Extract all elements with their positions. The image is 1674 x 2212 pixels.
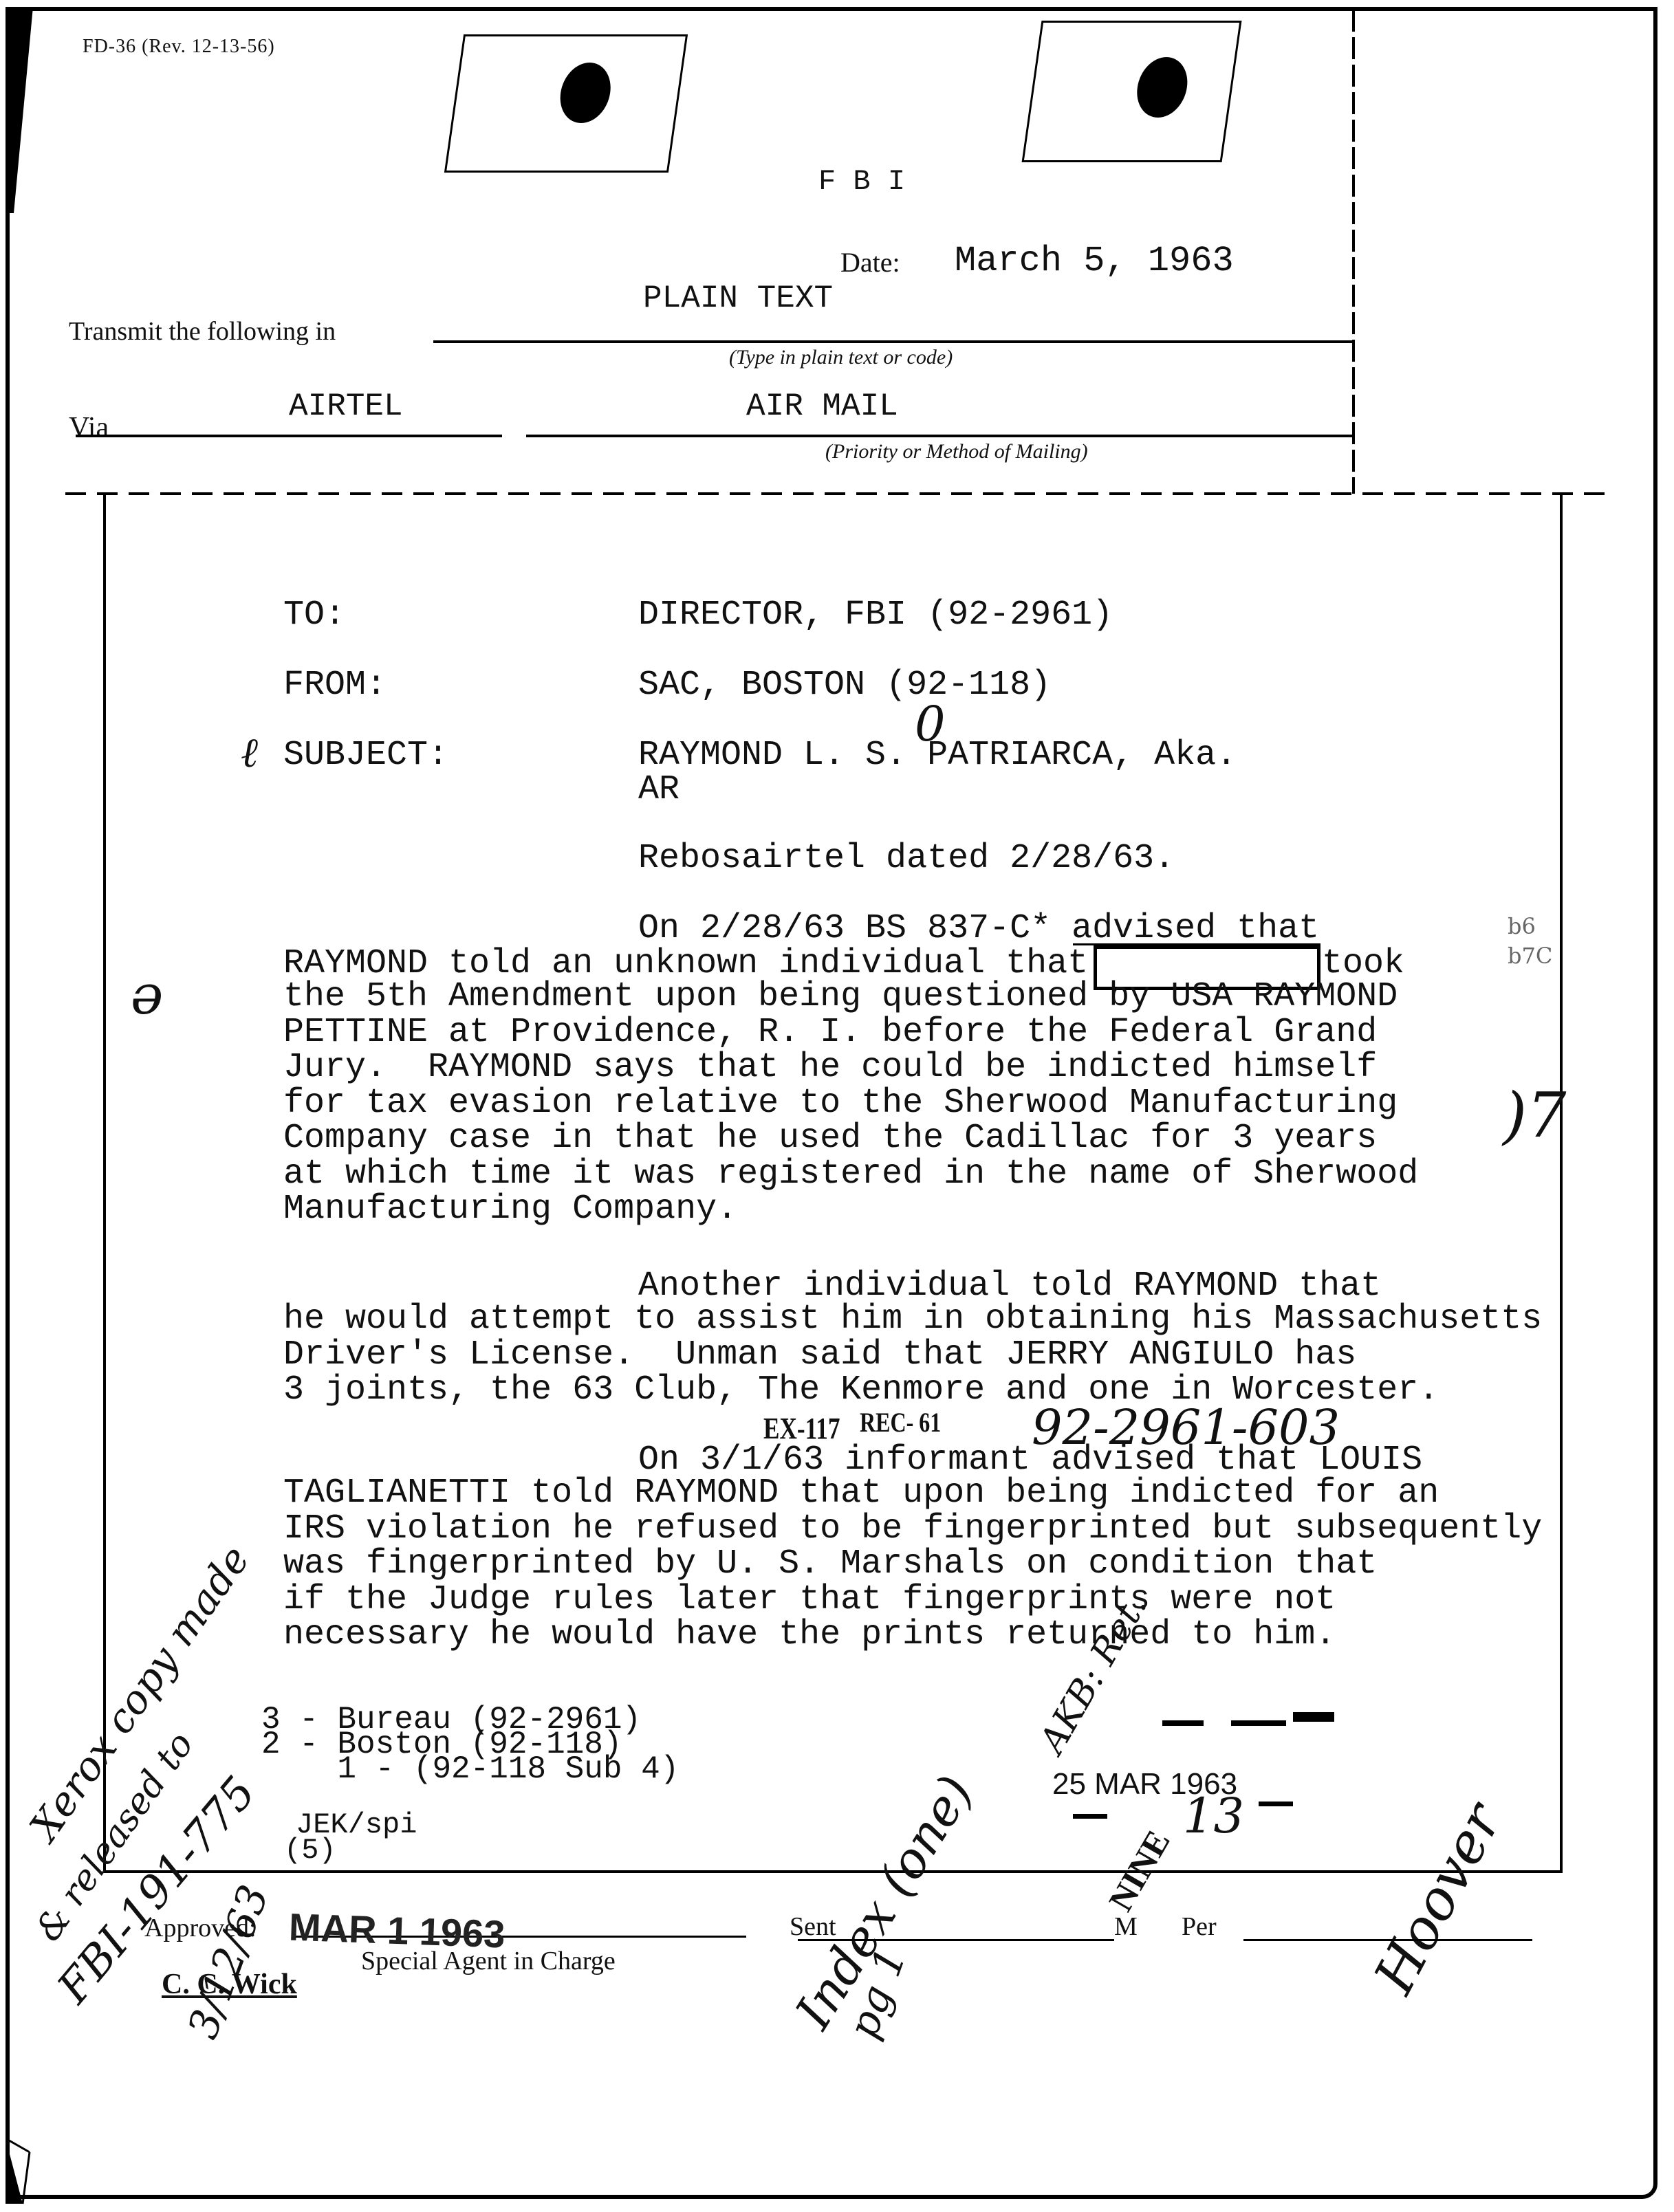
copy-count: (5) (284, 1834, 336, 1867)
priority-field-line (526, 435, 1355, 437)
distribution-line: 1 - (92-118 Sub 4) (261, 1757, 679, 1782)
priority-hint: (Priority or Method of Mailing) (825, 440, 1088, 463)
stamp-rule (1293, 1712, 1334, 1722)
para2-body: he would attempt to assist him in obtain… (283, 1302, 1542, 1408)
transmit-value: PLAIN TEXT (643, 281, 833, 316)
distribution-list: 3 - Bureau (92-2961)2 - Boston (92-118) … (261, 1683, 679, 1782)
exemption-b7c: b7C (1508, 941, 1552, 971)
per-field-line (1243, 1939, 1532, 1941)
exemption-b6: b6 (1508, 911, 1536, 941)
m-label: M (1114, 1912, 1138, 1942)
via-label: Via (69, 411, 109, 444)
transmit-hint: (Type in plain text or code) (729, 346, 953, 369)
para3-body: TAGLIANETTI told RAYMOND that upon being… (283, 1476, 1542, 1653)
box-left-border (103, 494, 106, 1873)
corner-fold-icon (6, 2138, 61, 2207)
sac-label: Special Agent in Charge (361, 1946, 616, 1976)
stamp-rec-61: REC- 61 (860, 1406, 941, 1438)
via-field-line (76, 435, 502, 437)
reference-line: Rebosairtel dated 2/28/63. (638, 839, 1175, 878)
per-label: Per (1182, 1912, 1217, 1942)
box-right-border (1560, 494, 1563, 1873)
form-number: FD-36 (Rev. 12-13-56) (83, 36, 275, 58)
date-label: Date: (840, 246, 900, 278)
sent-field-line (798, 1939, 1114, 1941)
from-value: SAC, BOSTON (92-118) (638, 666, 1051, 705)
to-value: DIRECTOR, FBI (92-2961) (638, 595, 1113, 635)
hole-icon (1133, 57, 1191, 118)
tear-line (65, 492, 1609, 495)
handwritten-margin-mark: ℓ (241, 729, 258, 777)
punch-hole-right (1022, 21, 1242, 162)
sent-label: Sent (790, 1912, 836, 1942)
subject-value: RAYMOND L. S. PATRIARCA, Aka. (638, 736, 1237, 775)
stamp-rule (1259, 1802, 1293, 1806)
stamp-rule (1073, 1814, 1107, 1819)
serial-number-13: 13 (1183, 1788, 1244, 1844)
transmit-label: Transmit the following in (69, 316, 336, 347)
header-dashed-divider (1352, 10, 1355, 494)
para1-first-line: On 2/28/63 BS 837-C* advised that (638, 909, 1319, 948)
to-label: TO: (283, 595, 345, 635)
handwritten-signature-wick: C. C. Wick (162, 1968, 297, 2001)
para1-body: the 5th Amendment upon being questioned … (283, 979, 1418, 1227)
via-value: AIRTEL (289, 388, 403, 424)
priority-value: AIR MAIL (746, 388, 898, 424)
agency-title: F B I (818, 165, 905, 198)
date-value: March 5, 1963 (955, 241, 1234, 281)
box-bottom-border (103, 1870, 1563, 1873)
subject-label: SUBJECT: (283, 736, 448, 775)
punch-hole-left (444, 34, 688, 173)
subject-value-2: AR (638, 770, 680, 809)
handwritten-margin-mark: ә (131, 963, 163, 1027)
from-label: FROM: (283, 666, 387, 705)
hole-icon (556, 63, 614, 123)
handwritten-margin-mark: )7 (1503, 1080, 1566, 1152)
approved-label: Approved: (144, 1913, 257, 1943)
stamp-rule (1162, 1720, 1204, 1726)
transmit-field-line (433, 340, 1355, 343)
stamp-rule (1231, 1720, 1286, 1726)
